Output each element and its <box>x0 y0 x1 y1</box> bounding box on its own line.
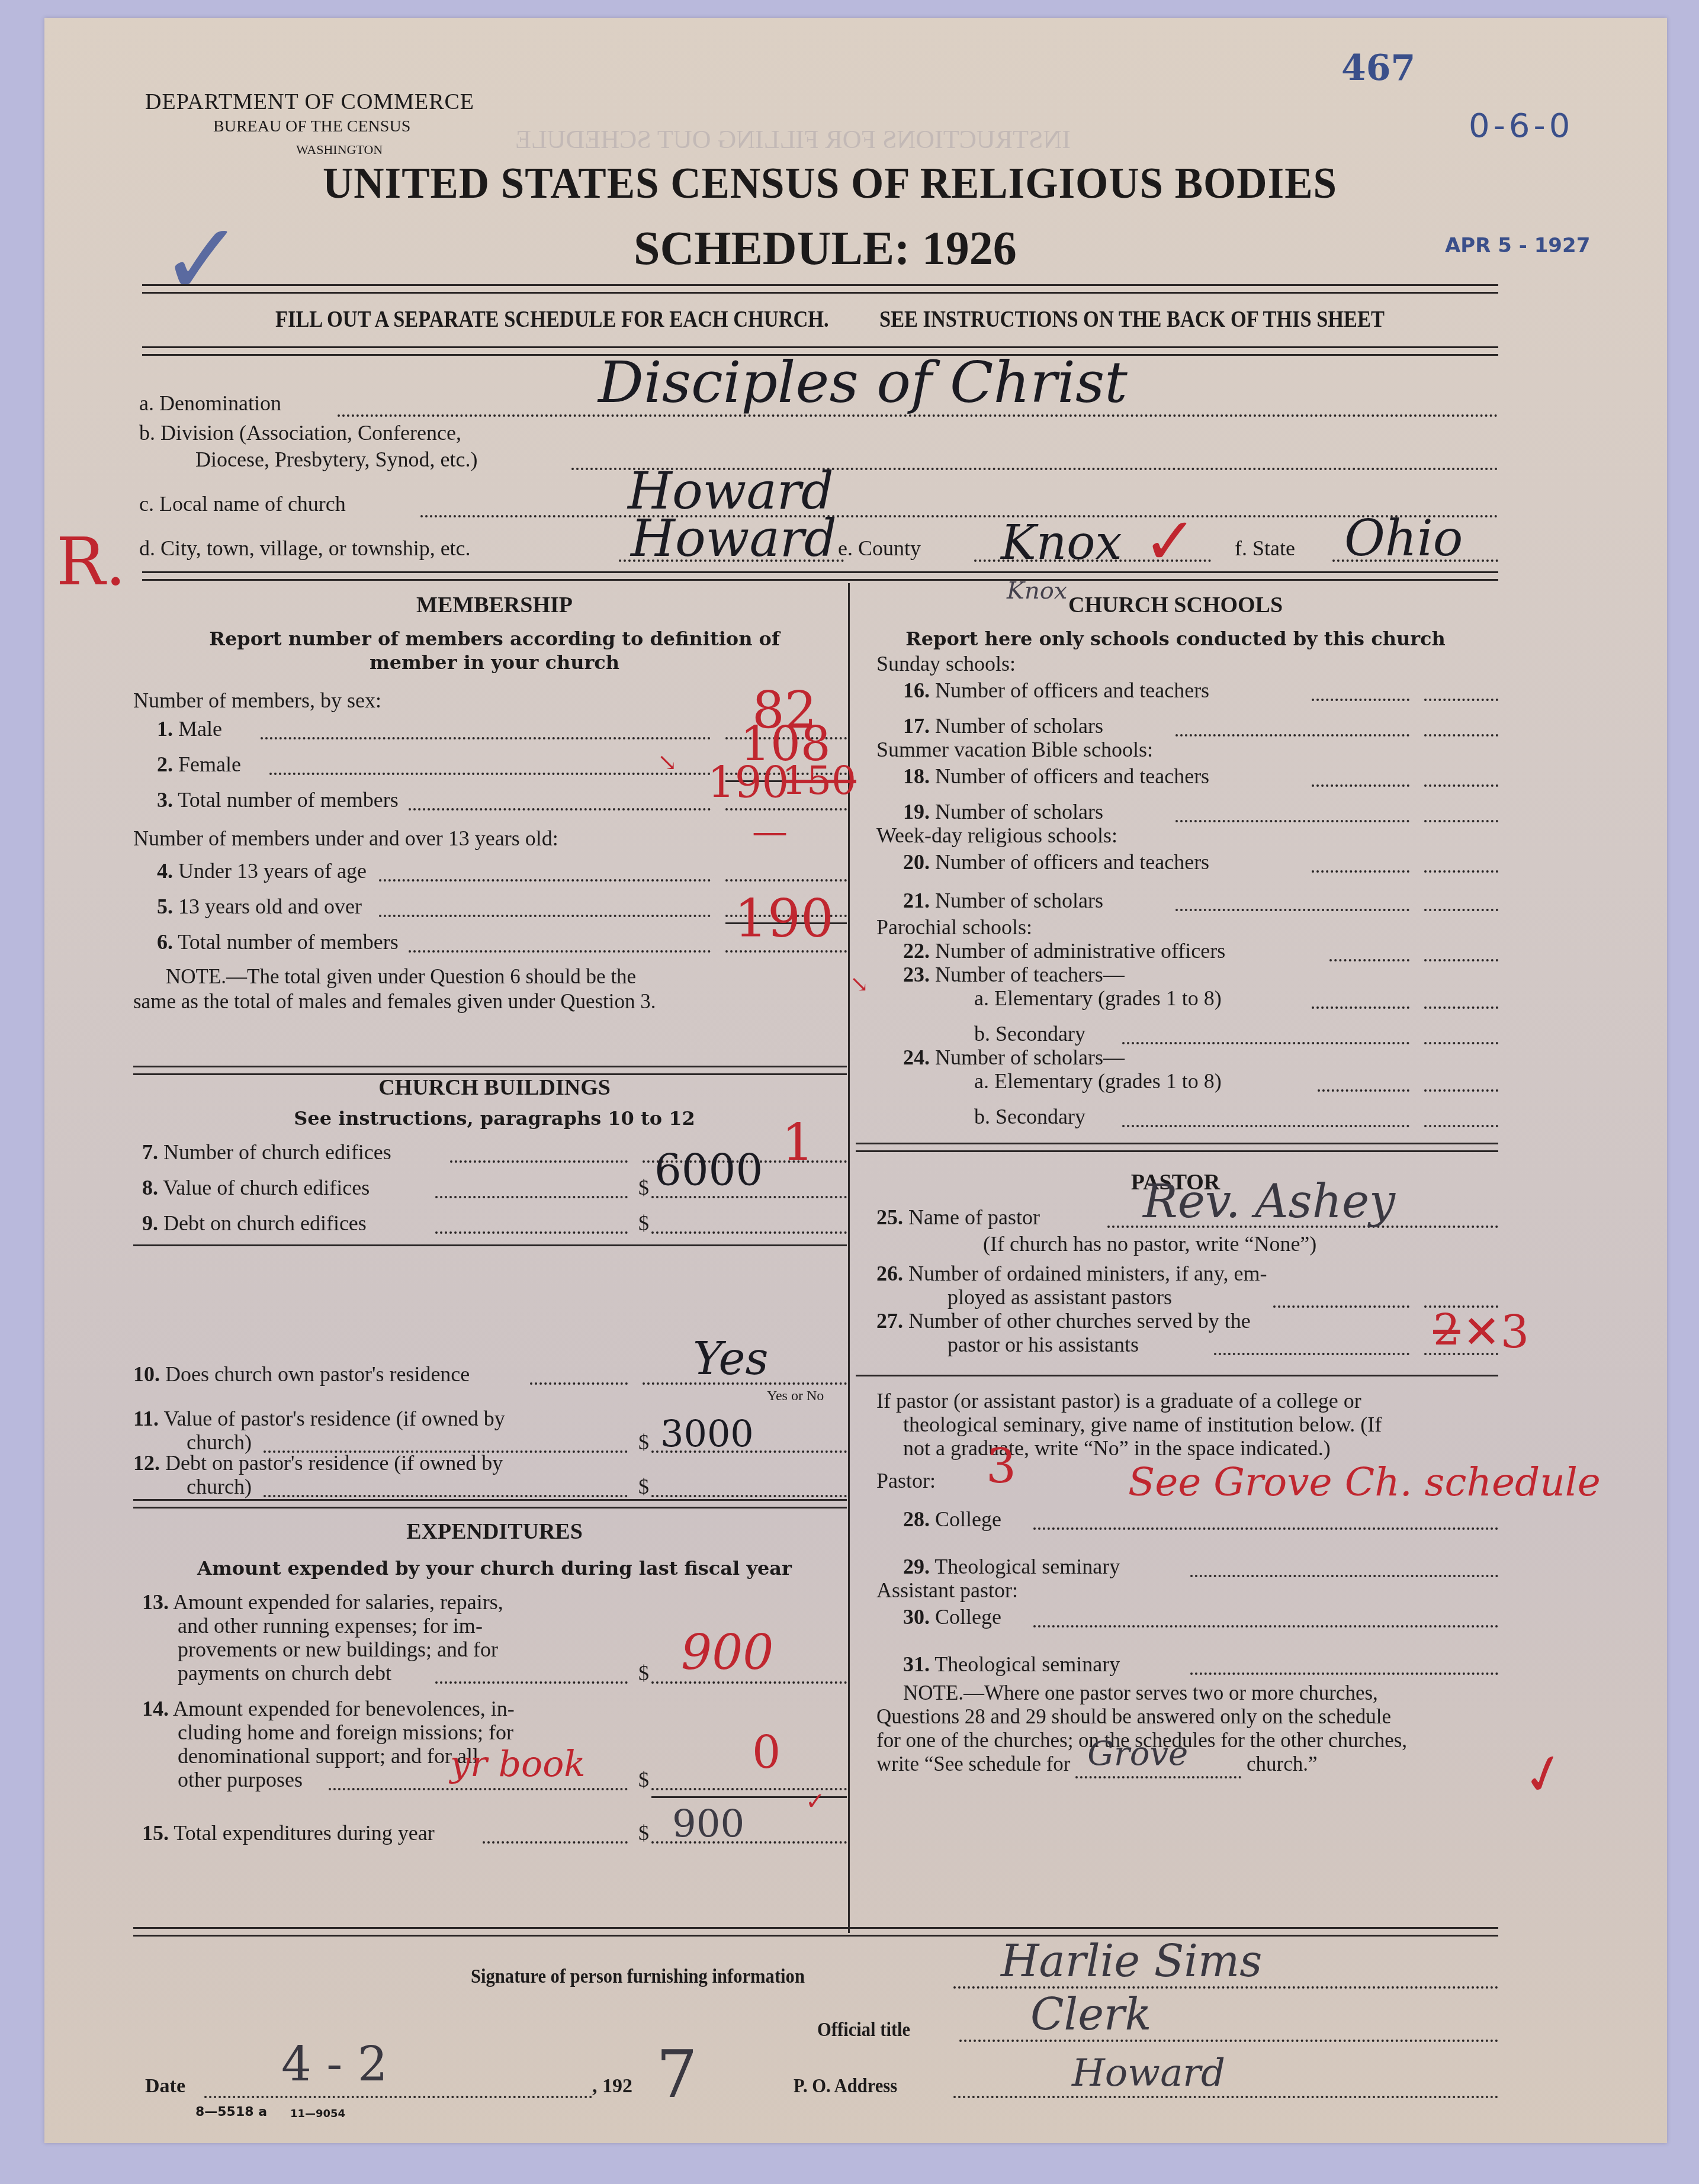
q19-number: 19. <box>903 800 930 824</box>
q8-answer-line <box>651 1196 847 1198</box>
q3-leader <box>409 808 711 810</box>
q4-number: 4. <box>157 859 173 883</box>
q24-label: Number of scholars— <box>935 1046 1125 1069</box>
date-label: Date <box>145 2075 185 2098</box>
q27-other-churches-value[interactable]: ✕3 <box>1463 1305 1529 1358</box>
sunday-schools-label: Sunday schools: <box>876 651 1016 676</box>
q13-label-line4: payments on church debt <box>178 1661 391 1686</box>
q10-residence-value[interactable]: Yes <box>693 1332 769 1385</box>
city-label: d. City, town, village, or township, etc… <box>139 536 471 561</box>
q18-answer-line <box>1424 784 1498 787</box>
graduate-instruction: If pastor (or assistant pastor) is a gra… <box>876 1388 1361 1413</box>
graduate-instruction-cont: theological seminary, give name of insti… <box>903 1412 1382 1437</box>
q20-answer-line <box>1424 870 1498 873</box>
q13-answer-line <box>651 1681 847 1684</box>
q6-number: 6. <box>157 930 173 954</box>
q24a-label: a. Elementary (grades 1 to 8) <box>974 1069 1222 1093</box>
q3-number: 3. <box>157 788 173 812</box>
expenditures-subtitle: Amount expended by your church during la… <box>142 1557 847 1580</box>
q16-number: 16. <box>903 678 930 702</box>
q24-number: 24. <box>903 1046 930 1069</box>
q29-line <box>1190 1575 1498 1577</box>
division-label: b. Division (Association, Conference, <box>139 420 461 445</box>
po-address-label: P. O. Address <box>794 2075 897 2098</box>
q28-number: 28. <box>903 1507 930 1531</box>
q25-number: 25. <box>876 1205 903 1229</box>
year-prefix: , 192 <box>592 2075 632 2098</box>
q30-label: College <box>935 1605 1001 1629</box>
county-label: e. County <box>838 536 921 561</box>
department-name: DEPARTMENT OF COMMERCE <box>145 89 474 115</box>
q17-number: 17. <box>903 714 930 738</box>
denomination-label: a. Denomination <box>139 391 281 416</box>
q13-running-expenses-value[interactable]: 900 <box>681 1625 774 1681</box>
q24b-leader <box>1122 1125 1409 1127</box>
q15-total-expenditures-value[interactable]: 900 <box>672 1803 744 1847</box>
q17-answer-line <box>1424 734 1498 736</box>
q13-label-line3: provements or new buildings; and for <box>178 1637 498 1662</box>
county-red-check: ✓ <box>1143 503 1197 579</box>
q14-label-line3: denominational support; and for all <box>178 1744 478 1768</box>
q21-number: 21. <box>903 889 930 912</box>
summer-schools-label: Summer vacation Bible schools: <box>876 737 1153 762</box>
q30-line <box>1033 1625 1498 1627</box>
q31-line <box>1190 1672 1498 1675</box>
membership-note: NOTE.—The total given under Question 6 s… <box>166 965 636 989</box>
form-code: 8—5518 a <box>195 2105 267 2119</box>
q4-leader <box>379 879 711 882</box>
see-schedule-for-line: Grove <box>1075 1752 1241 1778</box>
pastor-red-mark: 3 <box>986 1439 1016 1494</box>
separate-schedule-instruction: FILL OUT A SEPARATE SCHEDULE FOR EACH CH… <box>275 305 829 333</box>
q8-edifice-value[interactable]: 6000 <box>654 1146 763 1195</box>
q12-label: Debt on pastor's residence (if owned by <box>165 1451 503 1475</box>
q2-label: Female <box>178 752 241 776</box>
q10-leader <box>530 1382 628 1385</box>
q18-leader <box>1312 784 1409 787</box>
q13-leader <box>435 1681 628 1684</box>
membership-note-cont: same as the total of males and females g… <box>133 990 656 1014</box>
pastor-mid-divider <box>856 1375 1498 1376</box>
q23a-answer-line <box>1424 1006 1498 1009</box>
q9-number: 9. <box>142 1211 158 1235</box>
identification-divider <box>142 571 1498 581</box>
q25-none-hint: (If church has no pastor, write “None”) <box>983 1231 1316 1256</box>
pastor-education-label: Pastor: <box>876 1468 936 1493</box>
q30-number: 30. <box>903 1605 930 1629</box>
bleedthrough-text: INSTRUCTIONS FOR FILLING OUT SCHEDULE <box>515 124 1071 155</box>
q23-label: Number of teachers— <box>935 963 1125 986</box>
q27-number: 27. <box>876 1309 903 1333</box>
q22-leader <box>1329 959 1409 961</box>
q17-leader <box>1176 734 1409 736</box>
q14-label: Amount expended for benevolences, in- <box>173 1697 515 1720</box>
q15-currency: $ <box>638 1820 649 1845</box>
q27-struck-value: 2 <box>1433 1305 1460 1355</box>
q14-number: 14. <box>142 1697 169 1720</box>
church-schools-heading: CHURCH SCHOOLS <box>856 592 1495 618</box>
q20-number: 20. <box>903 850 930 874</box>
age-groups-label: Number of members under and over 13 year… <box>133 826 558 851</box>
q15-leader <box>483 1841 628 1844</box>
church-schools-divider <box>856 1143 1498 1152</box>
document-number-stamp: 467 <box>1341 47 1415 89</box>
q28-college-value[interactable]: See Grove Ch. schedule <box>1128 1459 1601 1505</box>
q13-label: Amount expended for salaries, repairs, <box>173 1590 503 1614</box>
q24b-label: b. Secondary <box>974 1104 1085 1129</box>
q2-number: 2. <box>157 752 173 776</box>
q29-number: 29. <box>903 1555 930 1578</box>
q12-label-cont: church) <box>187 1474 252 1499</box>
see-instructions-note: SEE INSTRUCTIONS ON THE BACK OF THIS SHE… <box>879 305 1385 333</box>
q7-edifices-value[interactable]: 1 <box>782 1113 814 1172</box>
expenditures-heading: EXPENDITURES <box>142 1519 847 1545</box>
q3-label: Total number of members <box>178 788 398 812</box>
q14-currency: $ <box>638 1767 649 1792</box>
q24a-leader <box>1318 1089 1409 1092</box>
review-checkmark: ✓ <box>160 201 244 319</box>
q12-leader <box>264 1495 628 1497</box>
q23a-leader <box>1312 1006 1409 1009</box>
q5-leader <box>379 915 711 917</box>
local-church-name-line <box>420 515 1498 517</box>
q22-label: Number of administrative officers <box>935 939 1225 963</box>
signature-value[interactable]: Harlie Sims <box>1001 1936 1262 1987</box>
q24a-answer-line <box>1424 1089 1498 1092</box>
q1-number: 1. <box>157 717 173 741</box>
q13-number: 13. <box>142 1590 169 1614</box>
q12-number: 12. <box>133 1451 160 1475</box>
q7-leader <box>450 1160 628 1163</box>
q9-label: Debt on church edifices <box>163 1211 367 1235</box>
state-label: f. State <box>1235 536 1295 561</box>
bureau-city: WASHINGTON <box>296 142 383 157</box>
church-schools-subtitle: Report here only schools conducted by th… <box>856 628 1495 650</box>
classification-code-stamp: 0-6-0 <box>1469 107 1573 145</box>
q22-number: 22. <box>903 939 930 963</box>
q7-number: 7. <box>142 1140 158 1164</box>
q27-label-cont: pastor or his assistants <box>948 1332 1139 1357</box>
q1-leader <box>261 737 711 739</box>
q6-label: Total number of members <box>178 930 398 954</box>
pastor-note: NOTE.—Where one pastor serves two or mor… <box>903 1681 1378 1705</box>
q4-label: Under 13 years of age <box>178 859 367 883</box>
q19-leader <box>1176 820 1409 822</box>
q25-label: Name of pastor <box>908 1205 1040 1229</box>
q28-line <box>1033 1527 1498 1530</box>
q3-total-value[interactable]: 190 <box>708 758 789 808</box>
state-value[interactable]: Ohio <box>1344 509 1463 567</box>
q27-label: Number of other churches served by the <box>908 1309 1251 1333</box>
q14-leader <box>329 1788 628 1790</box>
q14-benevolences-value[interactable]: 0 <box>752 1726 781 1778</box>
q16-leader <box>1312 699 1409 701</box>
q18-label: Number of officers and teachers <box>935 764 1209 788</box>
q6-total-value[interactable]: 190 <box>734 888 834 949</box>
q27-leader <box>1214 1353 1409 1355</box>
margin-r-mark: R. <box>56 524 126 600</box>
q14-yearbook-annotation: yr book <box>450 1744 586 1785</box>
city-value[interactable]: Howard <box>631 509 837 568</box>
q20-leader <box>1312 870 1409 873</box>
date-value[interactable]: 4 - 2 <box>281 2037 388 2092</box>
q12-answer-line <box>651 1495 847 1497</box>
q10-yes-no-hint: Yes or No <box>767 1388 824 1404</box>
q12-currency: $ <box>638 1474 649 1499</box>
official-title-value[interactable]: Clerk <box>1030 1989 1151 2040</box>
print-code: 11—9054 <box>290 2108 345 2120</box>
q8-currency: $ <box>638 1175 649 1200</box>
received-date-stamp: APR 5 - 1927 <box>1445 234 1590 258</box>
membership-subtitle-cont: member in your church <box>142 651 847 674</box>
po-address-line <box>953 2096 1498 2098</box>
q3-red-tick: ↘ <box>657 749 677 776</box>
division-label-cont: Diocese, Presbytery, Synod, etc.) <box>195 447 478 472</box>
q31-number: 31. <box>903 1652 930 1676</box>
q3-answer-line <box>725 808 847 810</box>
q8-leader <box>435 1196 628 1198</box>
form-title: UNITED STATES CENSUS OF RELIGIOUS BODIES <box>323 159 1337 209</box>
church-buildings-heading: CHURCH BUILDINGS <box>142 1075 847 1101</box>
q13-label-line2: and other running expenses; for im- <box>178 1613 483 1638</box>
q16-label: Number of officers and teachers <box>935 678 1209 702</box>
age-groups-dash: — <box>752 811 788 853</box>
year-value[interactable]: 7 <box>656 2037 698 2112</box>
q14-label-line2: cluding home and foreign missions; for <box>178 1720 513 1745</box>
q2-leader <box>269 773 711 775</box>
footer-divider <box>133 1927 1498 1937</box>
q18-number: 18. <box>903 764 930 788</box>
members-by-sex-label: Number of members, by sex: <box>133 688 381 713</box>
graduate-instruction-cont2: not a graduate, write “No” in the space … <box>903 1436 1331 1461</box>
q1-label: Male <box>178 717 222 741</box>
q15-red-tick: ✓ <box>805 1788 826 1815</box>
q7-label: Number of church edifices <box>163 1140 391 1164</box>
schedule-year-title: SCHEDULE: 1926 <box>634 222 1017 276</box>
q6-red-tick: ↘ <box>850 971 869 997</box>
po-address-value[interactable]: Howard <box>1072 2051 1225 2095</box>
buildings-divider <box>133 1499 847 1508</box>
q11-currency: $ <box>638 1430 649 1455</box>
q11-label: Value of pastor's residence (if owned by <box>163 1407 505 1430</box>
q23b-leader <box>1122 1042 1409 1044</box>
q6-leader <box>409 950 711 953</box>
q5-number: 5. <box>157 895 173 918</box>
q11-number: 11. <box>133 1407 159 1430</box>
see-schedule-church-value[interactable]: Grove <box>1087 1735 1188 1773</box>
q14-label-line4: other purposes <box>178 1767 303 1792</box>
q9-leader <box>435 1231 628 1234</box>
signature-label: Signature of person furnishing informati… <box>471 1966 805 1988</box>
membership-subtitle: Report number of members according to de… <box>142 628 847 650</box>
q21-label: Number of scholars <box>935 889 1103 912</box>
q5-label: 13 years old and over <box>178 895 362 918</box>
q8-number: 8. <box>142 1176 158 1199</box>
q31-label: Theological seminary <box>934 1652 1120 1676</box>
weekday-schools-label: Week-day religious schools: <box>876 823 1117 848</box>
q22-answer-line <box>1424 959 1498 961</box>
denomination-value[interactable]: Disciples of Christ <box>598 349 1128 416</box>
q10-label: Does church own pastor's residence <box>165 1362 470 1386</box>
buildings-mid-divider <box>133 1244 847 1246</box>
parochial-schools-label: Parochial schools: <box>876 915 1032 940</box>
q23a-label: a. Elementary (grades 1 to 8) <box>974 986 1222 1011</box>
official-title-label: Official title <box>817 2019 910 2041</box>
date-line <box>204 2096 592 2098</box>
membership-heading: MEMBERSHIP <box>142 592 847 618</box>
q21-leader <box>1176 909 1409 911</box>
q26-label-cont: ployed as assistant pastors <box>948 1285 1172 1310</box>
bureau-name: BUREAU OF THE CENSUS <box>213 117 410 136</box>
church-buildings-subtitle: See instructions, paragraphs 10 to 12 <box>142 1107 847 1130</box>
q15-label: Total expenditures during year <box>174 1821 434 1845</box>
q21-answer-line <box>1424 909 1498 911</box>
q26-label: Number of ordained ministers, if any, em… <box>908 1262 1267 1285</box>
q24b-answer-line <box>1424 1125 1498 1127</box>
q17-label: Number of scholars <box>935 714 1103 738</box>
membership-divider <box>133 1066 847 1075</box>
q8-label: Value of church edifices <box>163 1176 370 1199</box>
pastor-note-cont: Questions 28 and 29 should be answered o… <box>876 1705 1391 1729</box>
q19-label: Number of scholars <box>935 800 1103 824</box>
q10-number: 10. <box>133 1362 160 1386</box>
q29-label: Theological seminary <box>934 1555 1120 1578</box>
q25-pastor-name-value[interactable]: Rev. Ashey <box>1143 1175 1395 1228</box>
q20-label: Number of officers and teachers <box>935 850 1209 874</box>
q15-number: 15. <box>142 1821 169 1845</box>
q3-struck-value: 150 <box>782 758 856 803</box>
q9-currency: $ <box>638 1211 649 1236</box>
local-church-name-label: c. Local name of church <box>139 491 346 516</box>
q19-answer-line <box>1424 820 1498 822</box>
q16-answer-line <box>1424 699 1498 701</box>
q26-number: 26. <box>876 1262 903 1285</box>
q4-answer-line <box>725 879 847 882</box>
q11-residence-value[interactable]: 3000 <box>660 1412 754 1455</box>
q23b-label: b. Secondary <box>974 1021 1085 1046</box>
q26-leader <box>1273 1305 1409 1308</box>
q23-number: 23. <box>903 963 930 986</box>
q6-answer-line <box>725 950 847 953</box>
q13-currency: $ <box>638 1661 649 1686</box>
q28-label: College <box>935 1507 1001 1531</box>
header-divider <box>142 284 1498 294</box>
assistant-pastor-label: Assistant pastor: <box>876 1578 1018 1603</box>
county-value[interactable]: Knox <box>1001 515 1122 570</box>
q23b-answer-line <box>1424 1042 1498 1044</box>
pastor-note-cont3: write “See schedule for Grove church.” <box>876 1752 1318 1778</box>
q9-answer-line <box>651 1231 847 1234</box>
